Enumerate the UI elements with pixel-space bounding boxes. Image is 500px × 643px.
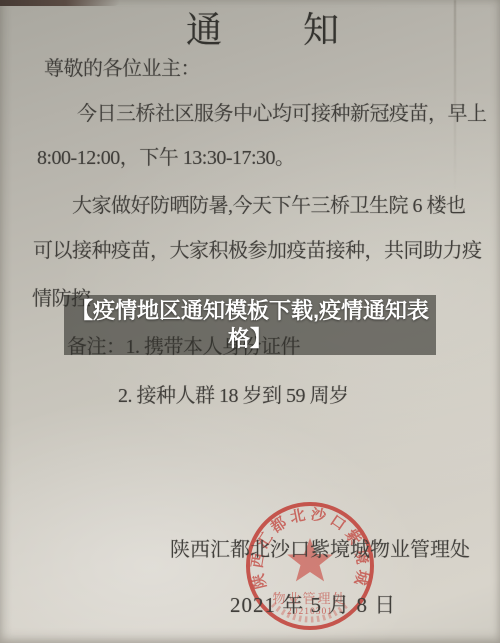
notice-photo: 通 知 尊敬的各位业主： 今日三桥社区服务中心均可接种新冠疫苗，早上 8:00-… — [0, 0, 500, 643]
signature-line: 陕西汇都北沙口紫境城物业管理处 — [170, 533, 470, 562]
body-line-3: 大家做好防晒防暑,今天下午三桥卫生院 6 楼也 — [72, 189, 466, 218]
date-line: 2021 年 5 月 8 日 — [230, 589, 396, 619]
note-line-2: 2. 接种人群 18 岁到 59 周岁 — [118, 379, 349, 408]
watermark-banner: 【疫情地区通知模板下载,疫情通知表 格】 — [64, 295, 436, 355]
paper-crease — [454, 0, 456, 190]
watermark-text-line-1: 【疫情地区通知模板下载,疫情通知表 — [68, 297, 432, 325]
body-line-2: 8:00-12:00，下午 13:30-17:30。 — [37, 141, 295, 170]
salutation-line: 尊敬的各位业主： — [44, 52, 200, 81]
photo-edge-shadow — [0, 0, 120, 6]
watermark-text-line-2: 格】 — [68, 325, 432, 353]
notice-title: 通 知 — [186, 2, 375, 53]
body-line-4: 可以接种疫苗，大家积极参加疫苗接种，共同助力疫 — [33, 234, 482, 263]
body-line-1: 今日三桥社区服务中心均可接种新冠疫苗，早上 — [77, 97, 487, 126]
